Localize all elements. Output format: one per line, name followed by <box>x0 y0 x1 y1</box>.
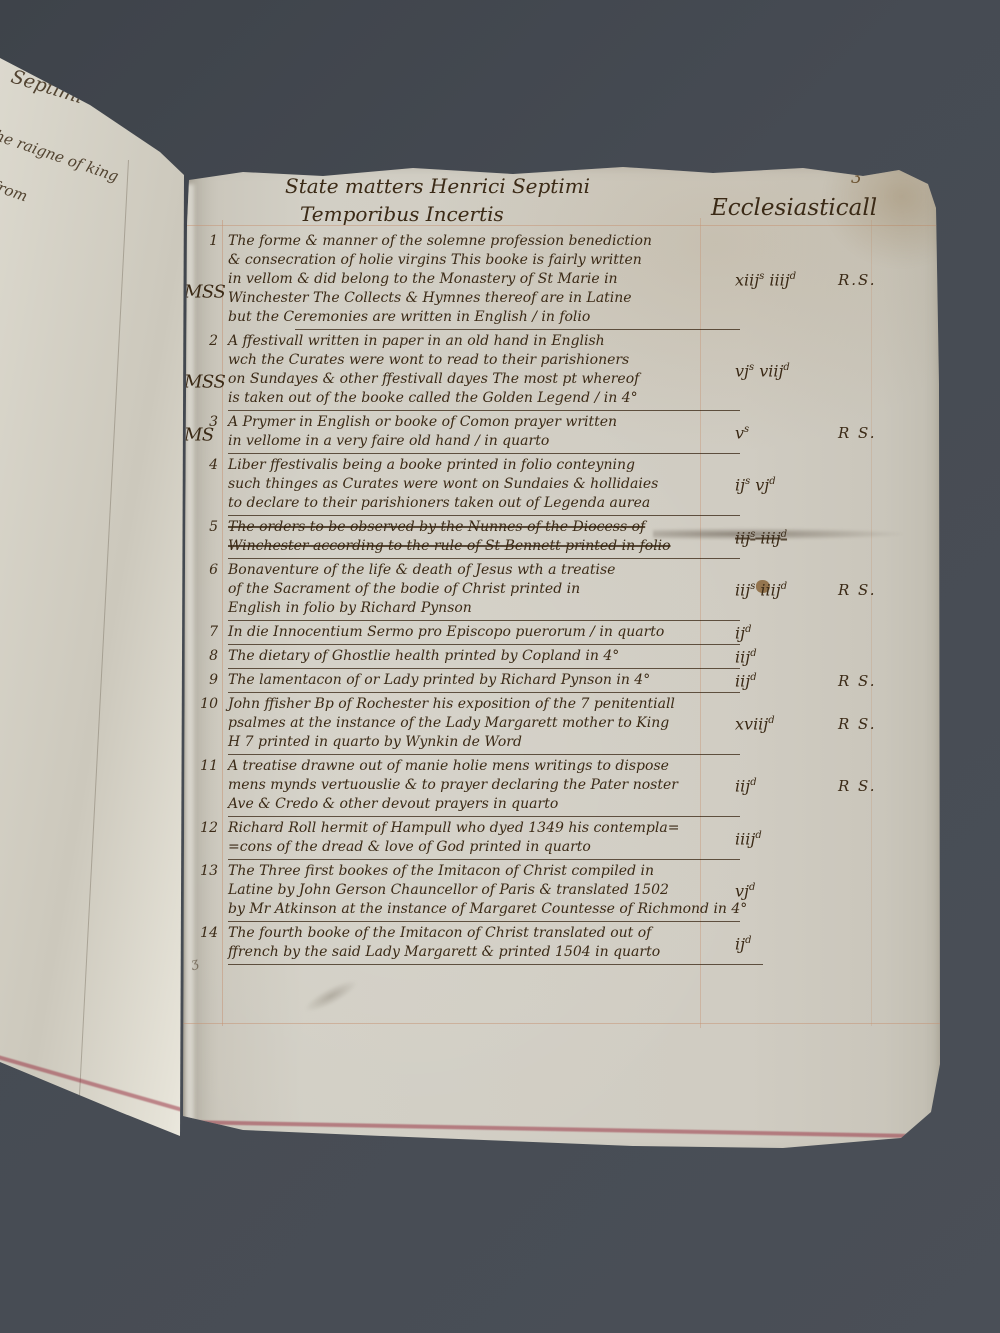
entry-row: 12 Richard Roll hermit of Hampull who dy… <box>183 817 941 860</box>
entry-text-line: A Prymer in English or booke of Comon pr… <box>228 413 941 432</box>
manuscript-label: MSS <box>184 282 225 303</box>
entry-text-line: by Mr Atkinson at the instance of Margar… <box>228 900 941 919</box>
entry-text-line: in vellome in a very faire old hand / in… <box>228 432 941 451</box>
price-value: ijs vjd <box>735 476 776 495</box>
entry-text-line: & consecration of holie virgins This boo… <box>228 251 941 270</box>
entry-number: 8 <box>191 648 218 664</box>
red-edge-stain <box>0 1055 189 1114</box>
entry-row: 9 The lamentacon of or Lady printed by R… <box>183 669 941 693</box>
entry-text-line: to declare to their parishioners taken o… <box>228 494 941 513</box>
entry-text-line: The fourth booke of the Imitacon of Chri… <box>228 924 941 943</box>
entry-text-line: on Sundayes & other ffestivall dayes The… <box>228 370 941 389</box>
strike-smear <box>653 528 903 540</box>
entry-text-line: H 7 printed in quarto by Wynkin de Word <box>228 733 941 752</box>
entry-text: The dietary of Ghostlie health printed b… <box>228 647 941 666</box>
entry-text-line: wch the Curates were wont to read to the… <box>228 351 941 370</box>
entry-text: A ffestivall written in paper in an old … <box>228 332 941 408</box>
owner-initials: R S. <box>838 581 877 599</box>
entry-row: 1 MSS The forme & manner of the solemne … <box>183 230 941 330</box>
verso-text-fragment: the raigne of king <box>0 124 121 185</box>
entry-text-line: Winchester The Collects & Hymnes thereof… <box>228 289 941 308</box>
page-title: State matters Henrici Septimi <box>285 174 590 198</box>
entry-number: 12 <box>191 820 218 836</box>
price-value: vjd <box>735 882 755 901</box>
entry-number: 7 <box>191 624 218 640</box>
owner-initials: R S. <box>838 777 877 795</box>
price-value: iijs iiijd <box>735 581 787 600</box>
entry-number: 11 <box>191 758 218 774</box>
entry-text-line: The Three first bookes of the Imitacon o… <box>228 862 941 881</box>
entry-text-line: but the Ceremonies are written in Englis… <box>228 308 941 327</box>
price-value: vs <box>735 423 749 442</box>
entry-text-line: The dietary of Ghostlie health printed b… <box>228 647 941 666</box>
entry-text: In die Innocentium Sermo pro Episcopo pu… <box>228 623 941 642</box>
entry-text: The fourth booke of the Imitacon of Chri… <box>228 924 941 962</box>
entry-number: 13 <box>191 863 218 879</box>
entry-row: 3 MS A Prymer in English or booke of Com… <box>183 411 941 454</box>
entry-text: The forme & manner of the solemne profes… <box>228 232 941 327</box>
entry-text-line: The lamentacon of or Lady printed by Ric… <box>228 671 941 690</box>
photo-of-manuscript: { "colors":{ "backdrop":"#454a52", "pape… <box>0 0 1000 1333</box>
entry-text: John ffisher Bp of Rochester his exposit… <box>228 695 941 752</box>
entry-number: 6 <box>191 562 218 578</box>
entry-row: 13 The Three first bookes of the Imitaco… <box>183 860 941 922</box>
entry-text-line: English in folio by Richard Pynson <box>228 599 941 618</box>
entry-text-line: in vellom & did belong to the Monastery … <box>228 270 941 289</box>
entry-text-line: Richard Roll hermit of Hampull who dyed … <box>228 819 941 838</box>
entry-text-line: =cons of the dread & love of God printed… <box>228 838 941 857</box>
price-value: ijd <box>735 934 751 953</box>
catalogue-entries: 1 MSS The forme & manner of the solemne … <box>183 230 941 965</box>
entry-text: A Prymer in English or booke of Comon pr… <box>228 413 941 451</box>
entry-number: 10 <box>191 696 218 712</box>
page-subtitle: Temporibus Incertis <box>300 202 504 226</box>
price-value: iijd <box>735 672 757 691</box>
entry-text-line: John ffisher Bp of Rochester his exposit… <box>228 695 941 714</box>
price-value: xiijs iiijd <box>735 271 796 290</box>
owner-initials: R S. <box>838 672 877 690</box>
entry-row: 10 John ffisher Bp of Rochester his expo… <box>183 693 941 755</box>
owner-initials: R S. <box>838 715 877 733</box>
verso-text-fragment: from <box>0 177 30 206</box>
price-value: ijd <box>735 624 751 643</box>
entry-text: Liber ffestivalis being a booke printed … <box>228 456 941 513</box>
entry-text-line: psalmes at the instance of the Lady Marg… <box>228 714 941 733</box>
entry-text-line: mens mynds vertuouslie & to prayer decla… <box>228 776 941 795</box>
entry-row: 11 A treatise drawne out of manie holie … <box>183 755 941 817</box>
entry-number: 4 <box>191 457 218 473</box>
entry-row: 4 Liber ffestivalis being a booke printe… <box>183 454 941 516</box>
entry-text: Richard Roll hermit of Hampull who dyed … <box>228 819 941 857</box>
entry-row: 14 The fourth booke of the Imitacon of C… <box>183 922 941 965</box>
entry-number: 14 <box>191 925 218 941</box>
verso-text-fragment: Septimi <box>8 66 85 109</box>
entry-text-line: A ffestivall written in paper in an old … <box>228 332 941 351</box>
entry-text-line: Ave & Credo & other devout prayers in qu… <box>228 795 941 814</box>
folio-number: 3 <box>851 168 862 188</box>
price-value: iiijd <box>735 829 762 848</box>
entry-text: The lamentacon of or Lady printed by Ric… <box>228 671 941 690</box>
price-value: iijd <box>735 648 757 667</box>
entry-text: The Three first bookes of the Imitacon o… <box>228 862 941 919</box>
entry-text-line: Liber ffestivalis being a booke printed … <box>228 456 941 475</box>
entry-row: 2 MSS A ffestivall written in paper in a… <box>183 330 941 411</box>
entry-text: Bonaventure of the life & death of Jesus… <box>228 561 941 618</box>
manuscript-label: MS <box>184 425 214 446</box>
entry-text: A treatise drawne out of manie holie men… <box>228 757 941 814</box>
entry-row: 8 The dietary of Ghostlie health printed… <box>183 645 941 669</box>
category-heading: Ecclesiasticall <box>711 195 877 221</box>
red-edge-stain <box>183 1120 928 1138</box>
manuscript-label: MSS <box>184 372 225 393</box>
owner-initials: R.S. <box>838 271 877 289</box>
price-value: iijd <box>735 777 757 796</box>
page-crease <box>78 160 129 1109</box>
entry-text-line: A treatise drawne out of manie holie men… <box>228 757 941 776</box>
price-value: vjs viijd <box>735 361 790 380</box>
left-page: Septimi the raigne of king from <box>0 50 192 1155</box>
smudge-stain <box>301 975 361 1017</box>
entry-row: 5 The orders to be observed by the Nunne… <box>183 516 941 559</box>
price-value: xviijd <box>735 715 775 734</box>
entry-text-line: ffrench by the said Lady Margarett & pri… <box>228 943 941 962</box>
entry-text-line: is taken out of the booke called the Gol… <box>228 389 941 408</box>
entry-number: 1 <box>191 233 218 249</box>
entry-row: 7 In die Innocentium Sermo pro Episcopo … <box>183 621 941 645</box>
entry-number: 9 <box>191 672 218 688</box>
entry-text-line: of the Sacrament of the bodie of Christ … <box>228 580 941 599</box>
entry-number: 2 <box>191 333 218 349</box>
entry-text-line: such thinges as Curates were wont on Sun… <box>228 475 941 494</box>
entry-text-line: The forme & manner of the solemne profes… <box>228 232 941 251</box>
margin-ruling-horizontal-bottom <box>183 1023 941 1024</box>
owner-initials: R S. <box>838 424 877 442</box>
entry-row: 6 Bonaventure of the life & death of Jes… <box>183 559 941 621</box>
entry-number: 5 <box>191 519 218 535</box>
manuscript-page: ʒ State matters Henrici Septimi Temporib… <box>183 164 943 1156</box>
entry-text-line: Latine by John Gerson Chauncellor of Par… <box>228 881 941 900</box>
entry-text-line: Bonaventure of the life & death of Jesus… <box>228 561 941 580</box>
entry-text-line: In die Innocentium Sermo pro Episcopo pu… <box>228 623 941 642</box>
